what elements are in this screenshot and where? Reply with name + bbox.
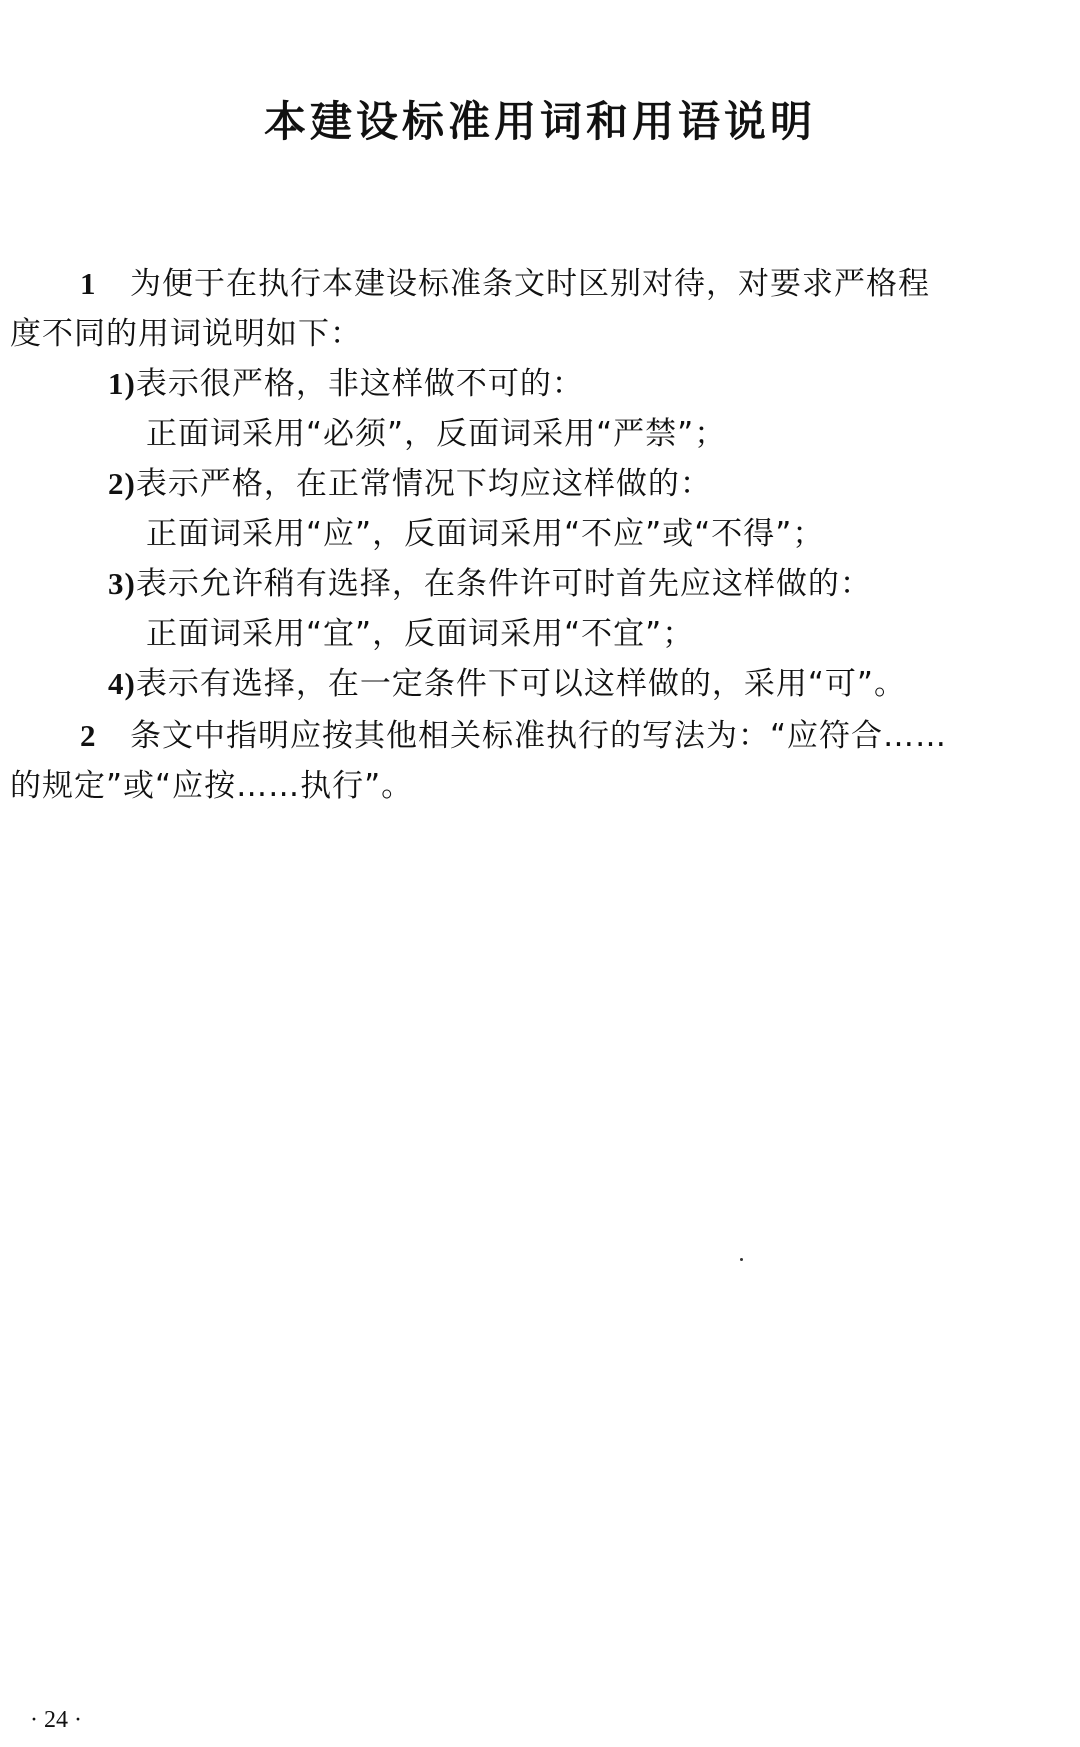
item-description: 表示很严格，非这样做不可的： [136,366,584,402]
clause-text: 条文中指明应按其他相关标准执行的写法为：“应符合…… [130,718,947,754]
item-marker: 3) [108,566,136,601]
item-description: 表示有选择，在一定条件下可以这样做的，采用“可”。 [136,666,906,702]
clause-2-line-1: 2条文中指明应按其他相关标准执行的写法为：“应符合…… [80,714,947,758]
scan-artifact-dot [740,1258,743,1261]
clause-1-item-3-description: 3)表示允许稍有选择，在条件许可时首先应这样做的： [108,562,872,606]
item-marker: 1) [108,366,136,401]
clause-number: 2 [80,714,130,758]
clause-1-item-1-description: 1)表示很严格，非这样做不可的： [108,362,584,406]
page-number: · 24 · [30,1705,82,1735]
clause-2-line-2: 的规定”或“应按……执行”。 [10,764,413,808]
clause-number: 1 [80,262,130,306]
clause-1-item-2-usage: 正面词采用“应”，反面词采用“不应”或“不得”； [146,512,824,556]
clause-1-line-2: 度不同的用词说明如下： [10,312,362,356]
item-description: 表示允许稍有选择，在条件许可时首先应这样做的： [136,566,872,602]
item-description: 表示严格，在正常情况下均应这样做的： [136,466,712,502]
item-marker: 4) [108,666,136,701]
clause-1-item-2-description: 2)表示严格，在正常情况下均应这样做的： [108,462,712,506]
clause-1-item-3-usage: 正面词采用“宜”，反面词采用“不宜”； [146,612,694,656]
clause-1-item-1-usage: 正面词采用“必须”，反面词采用“严禁”； [146,412,726,456]
item-marker: 2) [108,466,136,501]
clause-text: 为便于在执行本建设标准条文时区别对待，对要求严格程 [130,266,930,302]
page-title: 本建设标准用词和用语说明 [0,92,1080,152]
clause-1-item-4-description: 4)表示有选择，在一定条件下可以这样做的，采用“可”。 [108,662,906,706]
clause-1-line-1: 1为便于在执行本建设标准条文时区别对待，对要求严格程 [80,262,930,306]
